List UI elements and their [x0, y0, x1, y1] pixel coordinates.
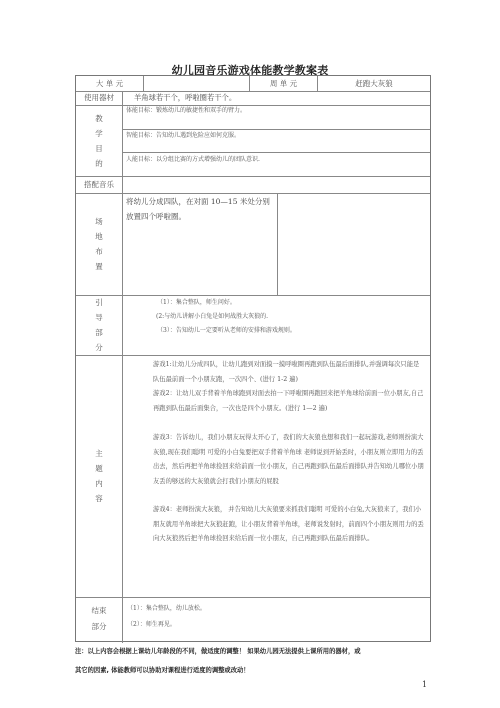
equipment-value: 羊角球若干个，呼啦圈若干个。 [134, 91, 424, 105]
intro-item: (2:与幼儿讲解小白兔是如何战胜大灰狼的. [156, 313, 426, 321]
note-line-1: 注：以上内容会根据上课幼儿年龄段的不同，做适度的调整！ 如果幼儿园无法提供上课所… [75, 647, 445, 657]
week-unit-label: 周 单 元 [250, 76, 317, 91]
venue-text: 将幼儿分成四队，在对面 10—15 米处分别放置四个呼啦圈。 [126, 194, 276, 224]
intro-label: 引 导 部 分 [76, 295, 122, 355]
lesson-plan-table: 大 单 元 周 单 元 赶跑大灰狼 使用器材 羊角球若干个，呼啦圈若干个。 教 … [75, 75, 431, 642]
row-divider [76, 597, 430, 598]
objective-physical: 体能目标：锻炼幼儿的敏捷性和双手的臂力。 [126, 107, 426, 115]
objectives-label: 教 学 目 的 [76, 105, 122, 176]
row-divider [122, 129, 430, 130]
ending-item: （1）：集合整队，幼儿放松。 [127, 605, 427, 613]
objective-teamwork: 人能目标：以分组比赛的方式增强幼儿的团队意识. [126, 156, 426, 164]
game-1: 游戏1:让幼儿分成四队，让幼儿跑到对面摸一摸呼啦圈再跑到队伍最后面排队,并强调每… [153, 358, 425, 387]
objective-intellectual: 智能目标：告知幼儿遇到危险应如何克服。 [126, 132, 426, 140]
music-value [126, 176, 426, 193]
row-divider [76, 295, 430, 296]
intro-item: （3）：告知幼儿一定要听从老师的安排和游戏规则。 [157, 327, 427, 335]
row-divider [76, 355, 430, 356]
note-line-2: 其它的因素, 体能教师可以协助对课程进行适度的调整或改动！ [75, 666, 445, 676]
venue-diagram-area [278, 194, 430, 295]
page-number: 1 [422, 680, 427, 689]
main-content-label: 主 题 内 容 [76, 355, 122, 597]
row-divider [76, 105, 430, 106]
week-unit-value: 赶跑大灰狼 [318, 76, 430, 91]
ending-label: 结束 部分 [76, 599, 122, 641]
game-2: 游戏2：让幼儿双手背着羊角球跑到对面去拍一下呼啦圈再跑回来把羊角球给前面一位小朋… [153, 387, 425, 416]
game-4: 游戏4：老师扮演大灰狼， 并告知幼儿大灰狼要来抓我们聪明 可爱的小白兔,大灰狼来… [153, 503, 425, 547]
unit-value [144, 76, 249, 91]
venue-label: 场 地 布 置 [76, 193, 122, 295]
ending-item: （2）：师生再见。 [127, 621, 427, 629]
equipment-label: 使用器材 [76, 91, 122, 105]
game-3: 游戏3：告诉幼儿，我们小朋友玩得太开心了，我们的大灰狼也想和我们一起玩游戏,老师… [153, 431, 425, 489]
music-label: 搭配音乐 [76, 176, 122, 193]
intro-item: （1）：集合整队，师生问好。 [157, 299, 427, 307]
unit-label: 大 单 元 [76, 76, 143, 91]
row-divider [122, 152, 430, 153]
col-divider [122, 91, 123, 643]
